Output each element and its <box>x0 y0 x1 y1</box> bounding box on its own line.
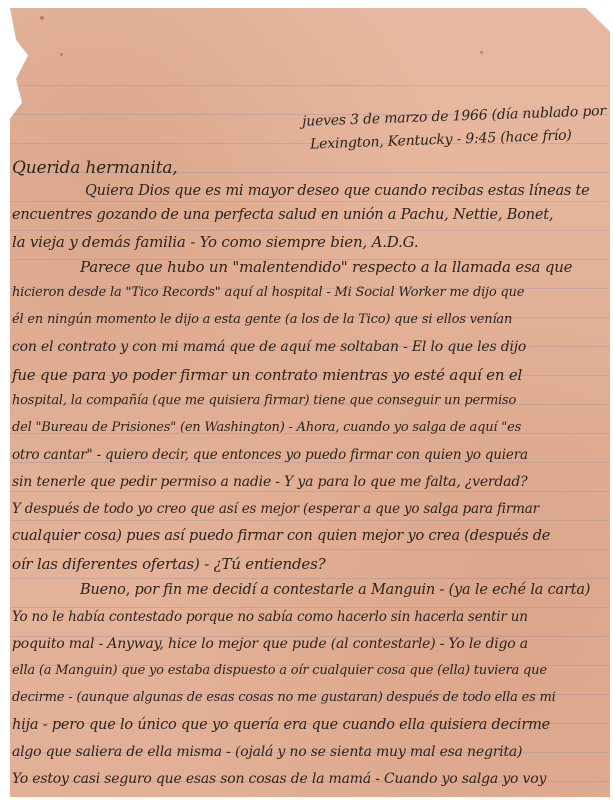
ruled-line <box>10 491 610 492</box>
letter-line: Y después de todo yo creo que así es mej… <box>12 501 539 517</box>
letter-line: del "Bureau de Prisiones" (en Washington… <box>12 420 521 435</box>
letter-line: oír las diferentes ofertas) - ¿Tú entien… <box>12 555 325 573</box>
date-line: jueves 3 de marzo de 1966 (día nublado p… <box>302 102 613 130</box>
letter-line: Parece que hubo un "malentendido" respec… <box>80 258 572 276</box>
ruled-line <box>10 201 610 202</box>
letter-line: algo que saliera de ella misma - (ojalá … <box>12 744 522 760</box>
ruled-line <box>10 230 610 231</box>
ruled-line <box>10 85 610 86</box>
letter-line: Quiera Dios que es mi mayor deseo que cu… <box>85 183 590 199</box>
letter-line: hicieron desde la "Tico Records" aquí al… <box>12 285 524 300</box>
letter-line: con el contrato y con mi mamá que de aqu… <box>12 339 526 355</box>
letter-line: Bueno, por fin me decidí a contestarle a… <box>80 582 590 598</box>
ink-spot <box>60 53 63 56</box>
letter-line: decirme - (aunque algunas de esas cosas … <box>12 690 556 705</box>
letter-page: jueves 3 de marzo de 1966 (día nublado p… <box>10 8 610 797</box>
ink-spot <box>480 51 483 54</box>
letter-line: Yo estoy casi seguro que esas son cosas … <box>12 771 546 787</box>
ruled-line <box>10 578 610 579</box>
letter-line: la vieja y demás familia - Yo como siemp… <box>12 233 418 251</box>
letter-line: fue que para yo poder firmar un contrato… <box>12 366 522 384</box>
place-line: Lexington, Kentucky - 9:45 (hace frío) <box>310 127 572 152</box>
letter-line: él en ningún momento le dijo a esta gent… <box>12 312 512 327</box>
letter-line: hospital, la compañía (que me quisiera f… <box>12 393 516 408</box>
ruled-line <box>10 607 610 608</box>
letter-line: sin tenerle que pedir permiso a nadie - … <box>12 474 527 490</box>
letter-line: Yo no le había contestado porque no sabí… <box>12 609 528 625</box>
ink-spot <box>40 16 44 20</box>
letter-line: encuentres gozando de una perfecta salud… <box>12 207 553 223</box>
letter-line: ella (a Manguin) que yo estaba dispuesto… <box>12 663 547 678</box>
letter-line: otro cantar" - quiero decir, que entonce… <box>12 447 528 463</box>
letter-line: poquito mal - Anyway, hice lo mejor que … <box>12 636 528 652</box>
ruled-line <box>10 520 610 521</box>
letter-line: cualquier cosa) pues así puedo firmar co… <box>12 528 550 544</box>
letter-line: hija - pero que lo único que yo quería e… <box>12 717 550 733</box>
ruled-line <box>10 549 610 550</box>
salutation: Querida hermanita, <box>12 158 177 178</box>
